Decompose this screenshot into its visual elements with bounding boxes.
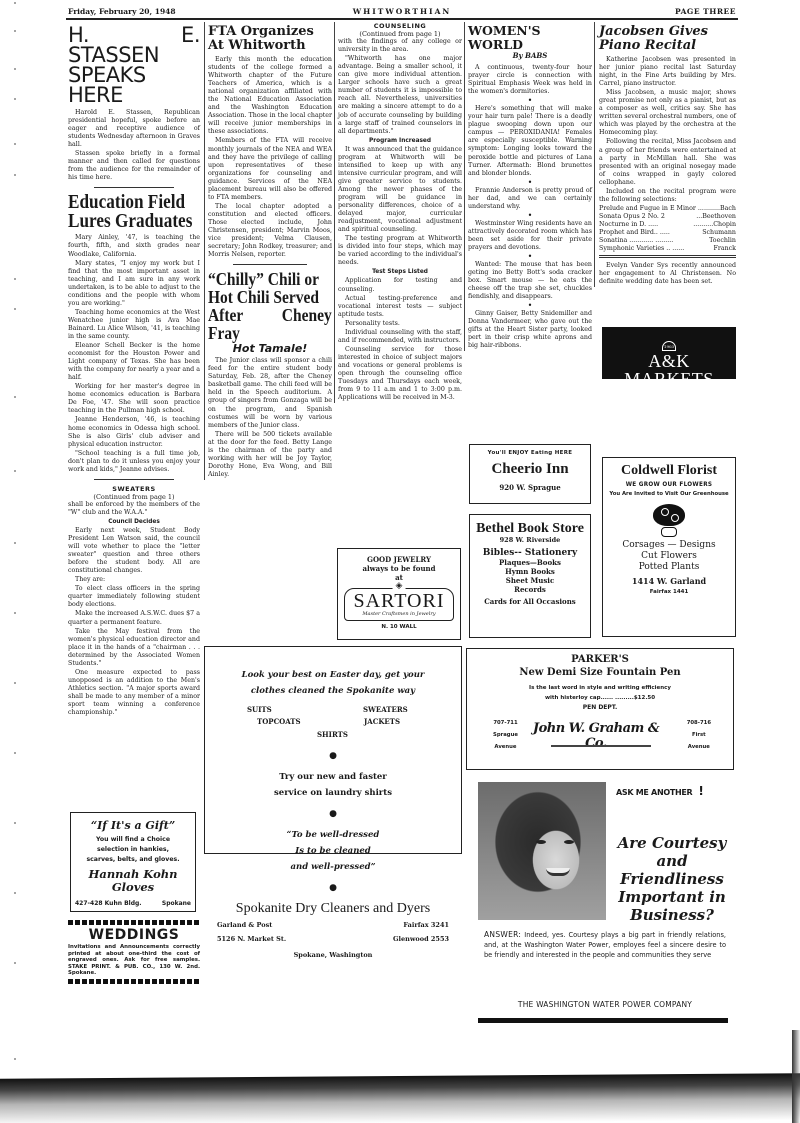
scan-shadow-edge <box>0 1073 800 1123</box>
paragraph: Eleanor Schell Becker is the home econom… <box>68 342 200 382</box>
ad-address: 5126 N. Market St. <box>217 935 286 943</box>
bouquet-shape <box>653 504 685 526</box>
headline-line: H. E. STASSEN <box>68 23 200 67</box>
headline: SWEATERS <box>68 485 200 493</box>
divider <box>94 479 173 480</box>
piece: Symphonic Varieties .. ...... <box>599 245 684 253</box>
headline: WOMEN'S WORLD <box>468 24 592 52</box>
ad-phone: Glenwood 2553 <box>393 935 449 943</box>
composer: Franck <box>713 245 736 253</box>
article-sweaters: SWEATERS (Continued from page 1) shall b… <box>68 485 200 717</box>
paragraph: Miss Jacobsen, a music major, shows grea… <box>599 89 736 137</box>
program-row: Sonatina ............ .........Toechlin <box>599 237 736 245</box>
ad-footer: 707-711 Sprague Avenue John W. Graham & … <box>467 715 733 757</box>
paragraph: Katherine Jacobsen was presented in her … <box>599 56 736 88</box>
ad-business-name: Cheerio Inn <box>470 461 590 478</box>
article-fta: FTA Organizes At Whitworth Early this mo… <box>208 25 332 259</box>
ad-item: Cards for All Occasions <box>470 597 590 606</box>
ad-address: 1414 W. Garland <box>603 576 735 586</box>
paragraph: Make the increased A.S.W.C. dues $7 a qu… <box>68 610 200 626</box>
divider <box>599 255 736 258</box>
paragraph: Working for her master's degree in home … <box>68 383 200 415</box>
paragraph: The local chapter adopted a constitution… <box>208 203 332 259</box>
fine-print <box>551 745 651 747</box>
ad-line: GOOD JEWELRY <box>338 555 460 564</box>
paragraph: Stassen spoke briefly in a formal manner… <box>68 150 200 182</box>
bullet-separator: • <box>468 212 592 219</box>
ad-tagline: “Finest Meats Money Can Buy” <box>602 391 736 397</box>
ad-spokanite-cleaners: Look your best on Easter day, get your c… <box>204 646 462 854</box>
subhead: Council Decides <box>68 518 200 526</box>
woman-portrait-photo <box>478 782 606 920</box>
ad-business-name: A&K MARKETS <box>602 352 736 388</box>
eye-shape <box>536 840 546 844</box>
headline: H. E. STASSEN SPEAKS HERE <box>68 25 200 105</box>
subhead: Program Increased <box>338 137 462 145</box>
paragraph: Westminster Wing residents have an attra… <box>468 220 592 252</box>
headline-line: Lures Graduates <box>68 210 192 232</box>
garment: SUITS <box>247 705 272 714</box>
paragraph: Counseling service for those interested … <box>338 346 462 402</box>
headline-line: FTA Organizes <box>208 24 314 39</box>
ad-business-name: Bethel Book Store <box>470 521 590 536</box>
ad-price-line: with histerloy cap...... .........$12.50 <box>467 693 733 703</box>
program-row: Prelude and Fugue in E Minor ...........… <box>599 205 736 213</box>
ad-city: Spokane, Washington <box>205 951 461 959</box>
masthead: Friday, February 20, 1948 WHITWORTHIAN P… <box>66 4 738 20</box>
ad-phone: Fairfax 1441 <box>603 589 735 595</box>
bullet-separator: • <box>468 302 592 309</box>
emblem-icon: 1903 <box>662 341 676 351</box>
ad-dept: PEN DEPT. <box>467 703 733 713</box>
smile-shape <box>546 868 570 876</box>
ad-quote: and well-pressed” <box>205 859 461 875</box>
ad-kicker: ASK ME ANOTHER! <box>616 784 704 798</box>
ad-business-name: Hannah Kohn Gloves <box>71 868 195 894</box>
headline-line: At Whitworth <box>208 38 306 53</box>
ad-headline: PARKER'S <box>467 654 733 665</box>
sartori-logo: ◈ SARTORI Master Craftsmen in Jewelry <box>344 588 454 621</box>
paragraph: Jeanne Henderson, '46, is teaching home … <box>68 416 200 448</box>
paragraph: shall be enforced by the members of the … <box>68 501 200 517</box>
address-line: 707-711 <box>493 720 517 726</box>
ad-headline: Bibles-- Stationery <box>470 548 590 558</box>
newspaper-page: Friday, February 20, 1948 WHITWORTHIAN P… <box>66 4 738 1040</box>
column-2: FTA Organizes At Whitworth Early this mo… <box>204 22 332 480</box>
bullet-icon: ● <box>205 883 461 893</box>
flower-pot-shape <box>661 527 677 537</box>
paragraph: Harold E. Stassen, Republican presidenti… <box>68 109 200 149</box>
ad-address: 920 W. Sprague <box>470 483 590 492</box>
composer: ..........Chopin <box>693 221 736 229</box>
paragraph: Individual counseling with the staff, an… <box>338 329 462 345</box>
paragraph: Personality tests. <box>338 320 462 328</box>
bullet-separator: • <box>468 97 592 104</box>
composer: Toechlin <box>709 237 736 245</box>
address-line: Sprague <box>493 732 518 738</box>
right-address: 708-716 First Avenue <box>687 717 711 753</box>
ad-parker-pen: PARKER'S New Demi Size Fountain Pen Is t… <box>466 648 734 770</box>
page-number: PAGE THREE <box>675 7 736 16</box>
subhead: Test Steps Listed <box>338 268 462 276</box>
column-3: COUNSELING (Continued from page 1) with … <box>334 22 462 403</box>
program-row: Symphonic Varieties .. ......Franck <box>599 245 736 253</box>
column-4: WOMEN'S WORLD By BABS A continuous, twen… <box>464 22 592 351</box>
headline: Education Field Lures Graduates <box>68 193 200 231</box>
headline-line: After Cheney Fray <box>208 305 332 343</box>
scan-shadow-edge <box>792 1030 800 1123</box>
address-line: Avenue <box>494 744 516 750</box>
ad-headline: Look your best on Easter day, get your <box>205 667 461 683</box>
headline: Jacobsen Gives Piano Recital <box>599 25 736 53</box>
garment-list: SUITS SWEATERS TOPCOATS JACKETS SHIRTS <box>205 705 461 743</box>
paragraph: Actual testing-preference and vocational… <box>338 295 462 319</box>
ad-hannah-kohn-gloves: “If It's a Gift” You will find a Choice … <box>70 812 196 912</box>
continued-note: (Continued from page 1) <box>68 493 200 501</box>
article-jacobsen: Jacobsen Gives Piano Recital Katherine J… <box>599 25 736 286</box>
garment: JACKETS <box>364 717 400 726</box>
ad-item: Potted Plants <box>603 562 735 573</box>
divider <box>233 264 307 265</box>
garment: SHIRTS <box>317 730 348 739</box>
paragraph: Mary states, "I enjoy my work but I find… <box>68 260 200 308</box>
garment: SWEATERS <box>363 705 408 714</box>
headline-line: Hot Chili Served <box>208 287 319 307</box>
program-row: Prophet and Bird.. .....Schumann <box>599 229 736 237</box>
eye-shape <box>564 840 574 844</box>
block-border <box>68 920 200 925</box>
paragraph: Mary Ainley, '47, is teaching the fourth… <box>68 234 200 258</box>
piece: Nocturne in D. ..... <box>599 221 658 229</box>
name-line: Gloves <box>112 880 154 894</box>
ad-ak-markets: 1903 A&K MARKETS “Finest Meats Money Can… <box>602 327 736 379</box>
divider <box>94 187 173 188</box>
answer-label: ANSWER: <box>484 930 521 939</box>
ad-address: Garland & Post <box>217 921 272 929</box>
paragraph: To elect class officers in the spring qu… <box>68 585 200 609</box>
ad-headline: “If It's a Gift” <box>71 819 195 832</box>
address-line: First <box>692 732 706 738</box>
kicker: Hot Tamale! <box>208 345 332 353</box>
ad-washington-water-power: ASK ME ANOTHER! Are Courtesy and Friendl… <box>470 778 734 1028</box>
article-womens-world: WOMEN'S WORLD By BABS A continuous, twen… <box>468 24 592 350</box>
paragraph: There will be 500 tickets available at t… <box>208 431 332 479</box>
ad-item: Records <box>470 585 590 594</box>
ad-coldwell-florist: Coldwell Florist WE GROW OUR FLOWERS You… <box>602 457 736 637</box>
article-education: Education Field Lures Graduates Mary Ain… <box>68 193 200 473</box>
ad-item: Sheet Music <box>470 576 590 585</box>
paragraph: with the findings of any college or univ… <box>338 38 462 54</box>
ad-headline: clothes cleaned the Spokanite way <box>205 683 461 699</box>
ad-body: Invitations and Announcements correctly … <box>68 944 200 977</box>
headline-line: “Chilly” Chili or <box>208 269 319 289</box>
ad-answer: ANSWER: Indeed, yes. Courtesy plays a bi… <box>484 930 726 960</box>
ad-address: 928 W. Riverside <box>470 536 590 544</box>
article-chili: “Chilly” Chili or Hot Chili Served After… <box>208 270 332 479</box>
paragraph: Frannie Anderson is pretty proud of her … <box>468 187 592 211</box>
composer: ...Beethoven <box>696 213 736 221</box>
bullet-separator: • <box>468 179 592 186</box>
ad-slogan: You'll ENJOY Eating HERE <box>470 450 590 456</box>
ad-line: always to be found <box>338 564 460 573</box>
ad-business-name: Spokanite Dry Cleaners and Dyers <box>205 901 461 917</box>
ad-cheerio-inn: You'll ENJOY Eating HERE Cheerio Inn 920… <box>469 444 591 504</box>
ad-footer: 427-428 Kuhn Bldg. Spokane <box>71 900 195 907</box>
ad-quote: “To be well-dressed <box>205 827 461 843</box>
byline: By BABS <box>468 52 592 60</box>
left-address: 707-711 Sprague Avenue <box>493 717 518 753</box>
flower-bouquet-icon <box>651 504 687 538</box>
paragraph: "Whitworth has one major advantage. Bein… <box>338 55 462 135</box>
composer: Schumann <box>702 229 736 237</box>
ad-invite: You Are Invited to Visit Our Greenhouse <box>603 490 735 498</box>
ad-headline: WEDDINGS <box>68 927 200 943</box>
column-1: H. E. STASSEN SPEAKS HERE Harold E. Stas… <box>68 22 200 718</box>
name-line: Hannah Kohn <box>89 867 178 881</box>
piece: Prelude and Fugue in E Minor ... <box>599 205 704 213</box>
ad-business-name: Coldwell Florist <box>603 463 735 479</box>
paragraph: Early next week, Student Body President … <box>68 527 200 575</box>
paragraph: The testing program at Whitworth is divi… <box>338 235 462 267</box>
ad-item: Corsages — Designs <box>603 540 735 551</box>
ad-item: Hymn Books <box>470 567 590 576</box>
ad-slogan: WE GROW OUR FLOWERS <box>603 482 735 488</box>
bullet-icon: ● <box>205 809 461 819</box>
ad-bethel-book-store: Bethel Book Store 928 W. Riverside Bible… <box>469 514 591 638</box>
garment: TOPCOATS <box>257 717 301 726</box>
bullet-separator: • <box>468 253 592 260</box>
paragraph: The Junior class will sponsor a chili fe… <box>208 357 332 429</box>
block-border <box>68 979 200 984</box>
ad-city: Spokane <box>162 900 191 907</box>
exclamation: ! <box>698 784 703 798</box>
paper-name: WHITWORTHIAN <box>66 7 738 16</box>
composer: ........Bach <box>704 205 736 213</box>
ad-item: Plaques—Books <box>470 558 590 567</box>
article-stassen: H. E. STASSEN SPEAKS HERE Harold E. Stas… <box>68 25 200 182</box>
paragraph: Following the recital, Miss Jacobsen and… <box>599 138 736 186</box>
kicker-text: ASK ME ANOTHER <box>616 788 692 797</box>
paragraph: Application for testing and counseling. <box>338 277 462 293</box>
binder-hole-marks <box>14 0 18 1123</box>
program-row: Nocturne in D. ...............Chopin <box>599 221 736 229</box>
paragraph: Take the May festival from the women's p… <box>68 628 200 668</box>
bullet-icon: ● <box>205 751 461 761</box>
answer-text: Indeed, yes. Courtesy plays a big part i… <box>484 931 726 959</box>
headline: FTA Organizes At Whitworth <box>208 25 332 53</box>
ad-line: service on laundry shirts <box>205 785 461 801</box>
paragraph: Early this month the education students … <box>208 56 332 136</box>
headline-line: Piano Recital <box>599 38 696 53</box>
ad-question: Are Courtesy and Friendliness Important … <box>610 834 734 924</box>
ad-item: Cut Flowers <box>603 551 735 562</box>
address-line: 708-716 <box>687 720 711 726</box>
paragraph: Teaching home economics at the West Wena… <box>68 309 200 341</box>
paragraph: A continuous, twenty-four hour prayer ci… <box>468 64 592 96</box>
paragraph-engagement: Evelyn Vander Sys recently announced her… <box>599 262 736 286</box>
ad-line: Try our new and faster <box>205 769 461 785</box>
piece: Prophet and Bird.. ..... <box>599 229 670 237</box>
paragraph: Wanted: The mouse that has been geting i… <box>468 261 592 301</box>
recital-program: Prelude and Fugue in E Minor ...........… <box>599 205 736 253</box>
program-row: Sonata Opus 2 No. 2...Beethoven <box>599 213 736 221</box>
paragraph: Included on the recital program were the… <box>599 188 736 204</box>
ad-contact: Garland & Post 5126 N. Market St. Fairfa… <box>205 921 461 951</box>
paragraph: It was announced that the guidance progr… <box>338 146 462 235</box>
headline: “Chilly” Chili or Hot Chili Served After… <box>208 270 332 342</box>
headline-line: SPEAKS HERE <box>68 63 146 107</box>
ad-business-name: SARTORI <box>345 591 453 611</box>
ad-line: Is the last word in style and writing ef… <box>467 683 733 693</box>
ad-sartori-jewelry: GOOD JEWELRY always to be found at ◈ SAR… <box>337 548 461 640</box>
ad-phone: Fairfax 3241 <box>403 921 449 929</box>
paragraph: Members of the FTA will receive monthly … <box>208 137 332 201</box>
continued-note: (Continued from page 1) <box>338 30 462 38</box>
piece: Sonatina ............ ......... <box>599 237 673 245</box>
paragraph: "School teaching is a full time job, don… <box>68 450 200 474</box>
paragraph: One measure expected to pass unopposed i… <box>68 669 200 717</box>
paragraph: They are: <box>68 576 200 584</box>
ad-body: You will find a Choice selection in hank… <box>85 835 181 865</box>
diamond-icon: ◈ <box>393 582 406 591</box>
article-counseling: COUNSELING (Continued from page 1) with … <box>338 22 462 402</box>
piece: Sonata Opus 2 No. 2 <box>599 213 665 221</box>
paragraph: Ginny Gaiser, Betty Snidemiller and Donn… <box>468 310 592 350</box>
address-line: Avenue <box>688 744 710 750</box>
ad-quote: Is to be cleaned <box>205 843 461 859</box>
paragraph: Here's something that will make your hai… <box>468 105 592 177</box>
ad-company: THE WASHINGTON WATER POWER COMPANY <box>484 1000 726 1009</box>
headline: COUNSELING <box>338 22 462 30</box>
bottom-rule <box>478 1018 728 1023</box>
ad-address: 427-428 Kuhn Bldg. <box>75 900 142 907</box>
headline-line: Jacobsen Gives <box>599 24 708 39</box>
ad-weddings: WEDDINGS Invitations and Announcements c… <box>68 918 200 986</box>
column-5: Jacobsen Gives Piano Recital Katherine J… <box>594 22 736 287</box>
ad-subhead: New Demi Size Fountain Pen <box>467 667 733 678</box>
ad-address: N. 10 WALL <box>338 624 460 630</box>
